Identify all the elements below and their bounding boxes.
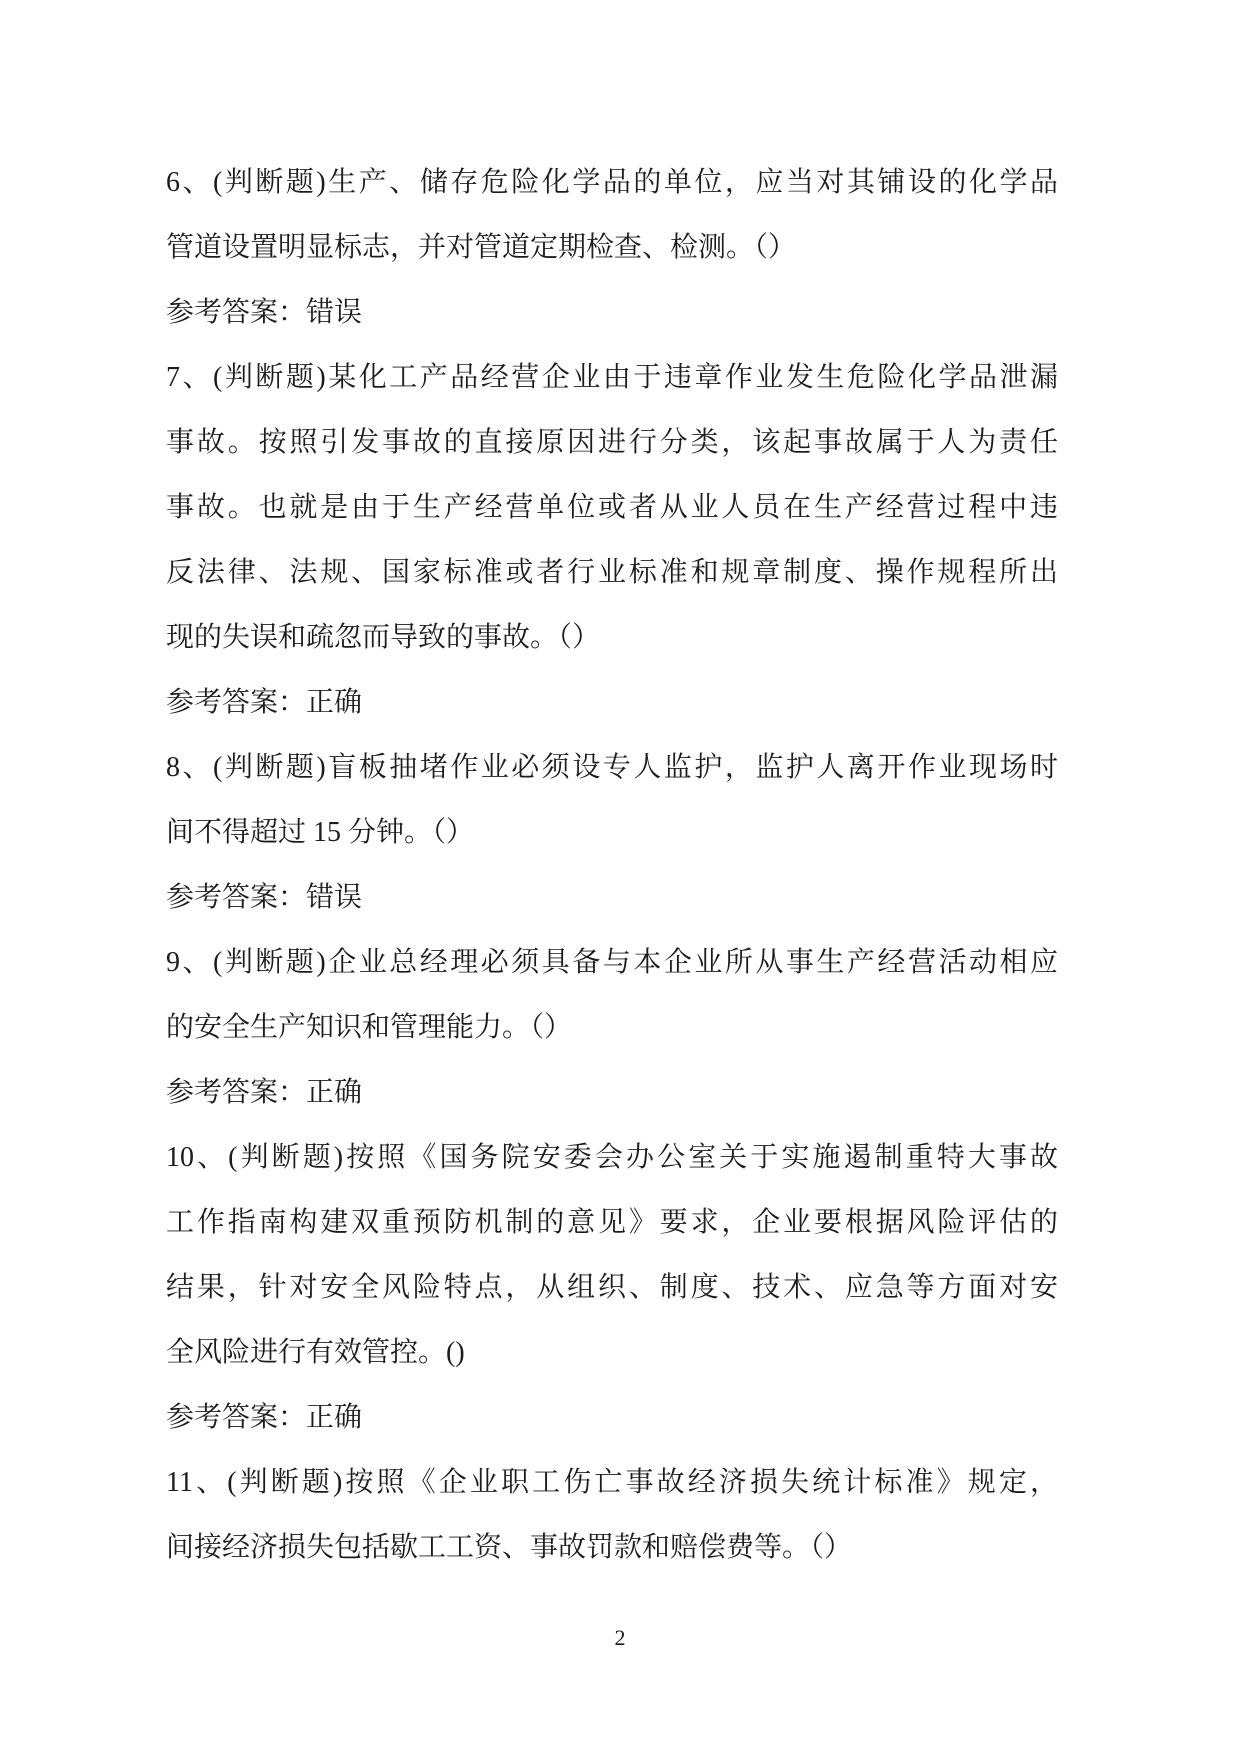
text-line: 工作指南构建双重预防机制的意见》要求，企业要根据风险评估的 bbox=[166, 1190, 1058, 1255]
text-line: 参考答案：正确 bbox=[166, 1060, 1058, 1125]
answer-paragraph: 参考答案：错误 bbox=[166, 280, 1058, 345]
text-line: 全风险进行有效管控。() bbox=[166, 1320, 1058, 1385]
text-line: 参考答案：正确 bbox=[166, 670, 1058, 735]
page-footer: 2 bbox=[0, 1622, 1240, 1654]
text-line: 现的失误和疏忽而导致的事故。（） bbox=[166, 605, 1058, 670]
text-line: 7、(判断题)某化工产品经营企业由于违章作业发生危险化学品泄漏 bbox=[166, 345, 1058, 410]
text-line: 事故。也就是由于生产经营单位或者从业人员在生产经营过程中违 bbox=[166, 475, 1058, 540]
question-paragraph: 7、(判断题)某化工产品经营企业由于违章作业发生危险化学品泄漏事故。按照引发事故… bbox=[166, 345, 1058, 670]
text-line: 间不得超过 15 分钟。（） bbox=[166, 800, 1058, 865]
text-line: 结果，针对安全风险特点，从组织、制度、技术、应急等方面对安 bbox=[166, 1255, 1058, 1320]
question-paragraph: 9、(判断题)企业总经理必须具备与本企业所从事生产经营活动相应的安全生产知识和管… bbox=[166, 930, 1058, 1060]
question-paragraph: 10、(判断题)按照《国务院安委会办公室关于实施遏制重特大事故工作指南构建双重预… bbox=[166, 1125, 1058, 1385]
text-line: 6、(判断题)生产、储存危险化学品的单位，应当对其铺设的化学品 bbox=[166, 150, 1058, 215]
text-line: 9、(判断题)企业总经理必须具备与本企业所从事生产经营活动相应 bbox=[166, 930, 1058, 995]
question-paragraph: 6、(判断题)生产、储存危险化学品的单位，应当对其铺设的化学品管道设置明显标志，… bbox=[166, 150, 1058, 280]
text-line: 的安全生产知识和管理能力。（） bbox=[166, 995, 1058, 1060]
document-page: 6、(判断题)生产、储存危险化学品的单位，应当对其铺设的化学品管道设置明显标志，… bbox=[0, 0, 1240, 1753]
answer-paragraph: 参考答案：错误 bbox=[166, 865, 1058, 930]
question-paragraph: 11、(判断题)按照《企业职工伤亡事故经济损失统计标准》规定，间接经济损失包括歇… bbox=[166, 1450, 1058, 1580]
text-line: 11、(判断题)按照《企业职工伤亡事故经济损失统计标准》规定， bbox=[166, 1450, 1058, 1515]
answer-paragraph: 参考答案：正确 bbox=[166, 670, 1058, 735]
text-line: 参考答案：错误 bbox=[166, 865, 1058, 930]
text-line: 参考答案：正确 bbox=[166, 1385, 1058, 1450]
text-line: 反法律、法规、国家标准或者行业标准和规章制度、操作规程所出 bbox=[166, 540, 1058, 605]
question-paragraph: 8、(判断题)盲板抽堵作业必须设专人监护，监护人离开作业现场时间不得超过 15 … bbox=[166, 735, 1058, 865]
answer-paragraph: 参考答案：正确 bbox=[166, 1060, 1058, 1125]
page-number: 2 bbox=[615, 1625, 626, 1650]
document-content: 6、(判断题)生产、储存危险化学品的单位，应当对其铺设的化学品管道设置明显标志，… bbox=[166, 150, 1058, 1580]
text-line: 事故。按照引发事故的直接原因进行分类，该起事故属于人为责任 bbox=[166, 410, 1058, 475]
text-line: 间接经济损失包括歇工工资、事故罚款和赔偿费等。（） bbox=[166, 1515, 1058, 1580]
text-line: 10、(判断题)按照《国务院安委会办公室关于实施遏制重特大事故 bbox=[166, 1125, 1058, 1190]
text-line: 8、(判断题)盲板抽堵作业必须设专人监护，监护人离开作业现场时 bbox=[166, 735, 1058, 800]
text-line: 管道设置明显标志，并对管道定期检查、检测。（） bbox=[166, 215, 1058, 280]
text-line: 参考答案：错误 bbox=[166, 280, 1058, 345]
answer-paragraph: 参考答案：正确 bbox=[166, 1385, 1058, 1450]
